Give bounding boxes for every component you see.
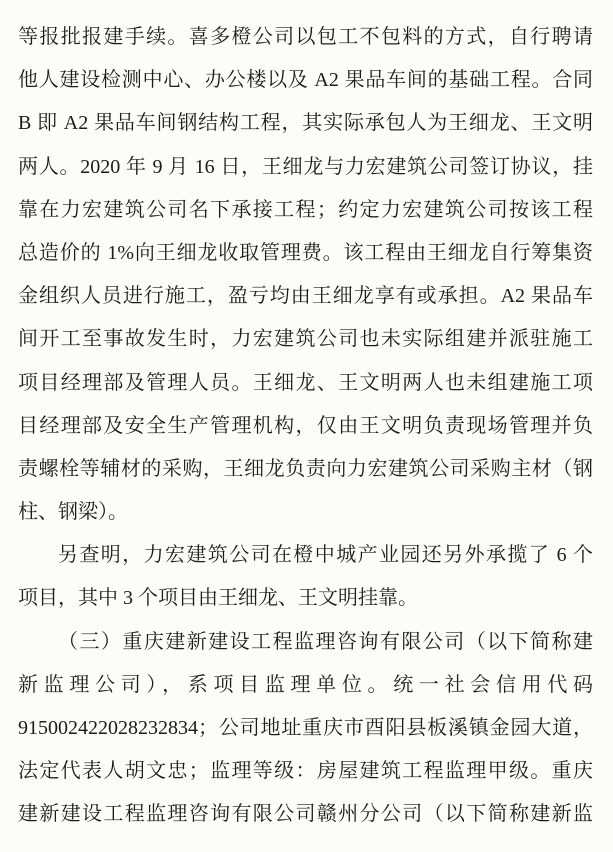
text-line: （三）重庆建新建设工程监理咨询有限公司（以下简称建 — [18, 621, 593, 664]
text-line: 金组织人员进行施工，盈亏均由王细龙享有或承担。A2 果品车 — [18, 275, 593, 318]
text-line: 等报批报建手续。喜多橙公司以包工不包料的方式，自行聘请 — [18, 16, 593, 59]
text-line: 责螺栓等辅材的采购，王细龙负责向力宏建筑公司采购主材（钢 — [18, 448, 593, 491]
text-line: 目经理部及安全生产管理机构，仅由王文明负责现场管理并负 — [18, 405, 593, 448]
text-line: 项目，其中 3 个项目由王细龙、王文明挂靠。 — [18, 577, 593, 620]
text-line: 两人。2020 年 9 月 16 日，王细龙与力宏建筑公司签订协议，挂 — [18, 146, 593, 189]
text-line: 他人建设检测中心、办公楼以及 A2 果品车间的基础工程。合同 — [18, 59, 593, 102]
text-line: 总造价的 1%向王细龙收取管理费。该工程由王细龙自行筹集资 — [18, 232, 593, 275]
paragraph-3: （三）重庆建新建设工程监理咨询有限公司（以下简称建新监理公司），系项目监理单位。… — [18, 621, 593, 837]
text-line: 靠在力宏建筑公司名下承接工程；约定力宏建筑公司按该工程 — [18, 189, 593, 232]
text-line: 间开工至事故发生时，力宏建筑公司也未实际组建并派驻施工 — [18, 318, 593, 361]
text-line: 法定代表人胡文忠；监理等级：房屋建筑工程监理甲级。重庆 — [18, 750, 593, 793]
paragraph-2: 另查明，力宏建筑公司在橙中城产业园还另外承揽了 6 个项目，其中 3 个项目由王… — [18, 534, 593, 620]
document-page: 等报批报建手续。喜多橙公司以包工不包料的方式，自行聘请他人建设检测中心、办公楼以… — [0, 0, 613, 852]
document-body: 等报批报建手续。喜多橙公司以包工不包料的方式，自行聘请他人建设检测中心、办公楼以… — [18, 16, 593, 837]
text-line: 915002422028232834；公司地址重庆市酉阳县板溪镇金园大道， — [18, 707, 593, 750]
text-line: 建新建设工程监理咨询有限公司赣州分公司（以下简称建新监 — [18, 793, 593, 836]
paragraph-1: 等报批报建手续。喜多橙公司以包工不包料的方式，自行聘请他人建设检测中心、办公楼以… — [18, 16, 593, 534]
text-line: 另查明，力宏建筑公司在橙中城产业园还另外承揽了 6 个 — [18, 534, 593, 577]
text-line: B 即 A2 果品车间钢结构工程，其实际承包人为王细龙、王文明 — [18, 102, 593, 145]
text-line: 柱、钢梁）。 — [18, 491, 593, 534]
text-line: 新监理公司），系项目监理单位。统一社会信用代码 — [18, 664, 593, 707]
text-line: 项目经理部及管理人员。王细龙、王文明两人也未组建施工项 — [18, 362, 593, 405]
